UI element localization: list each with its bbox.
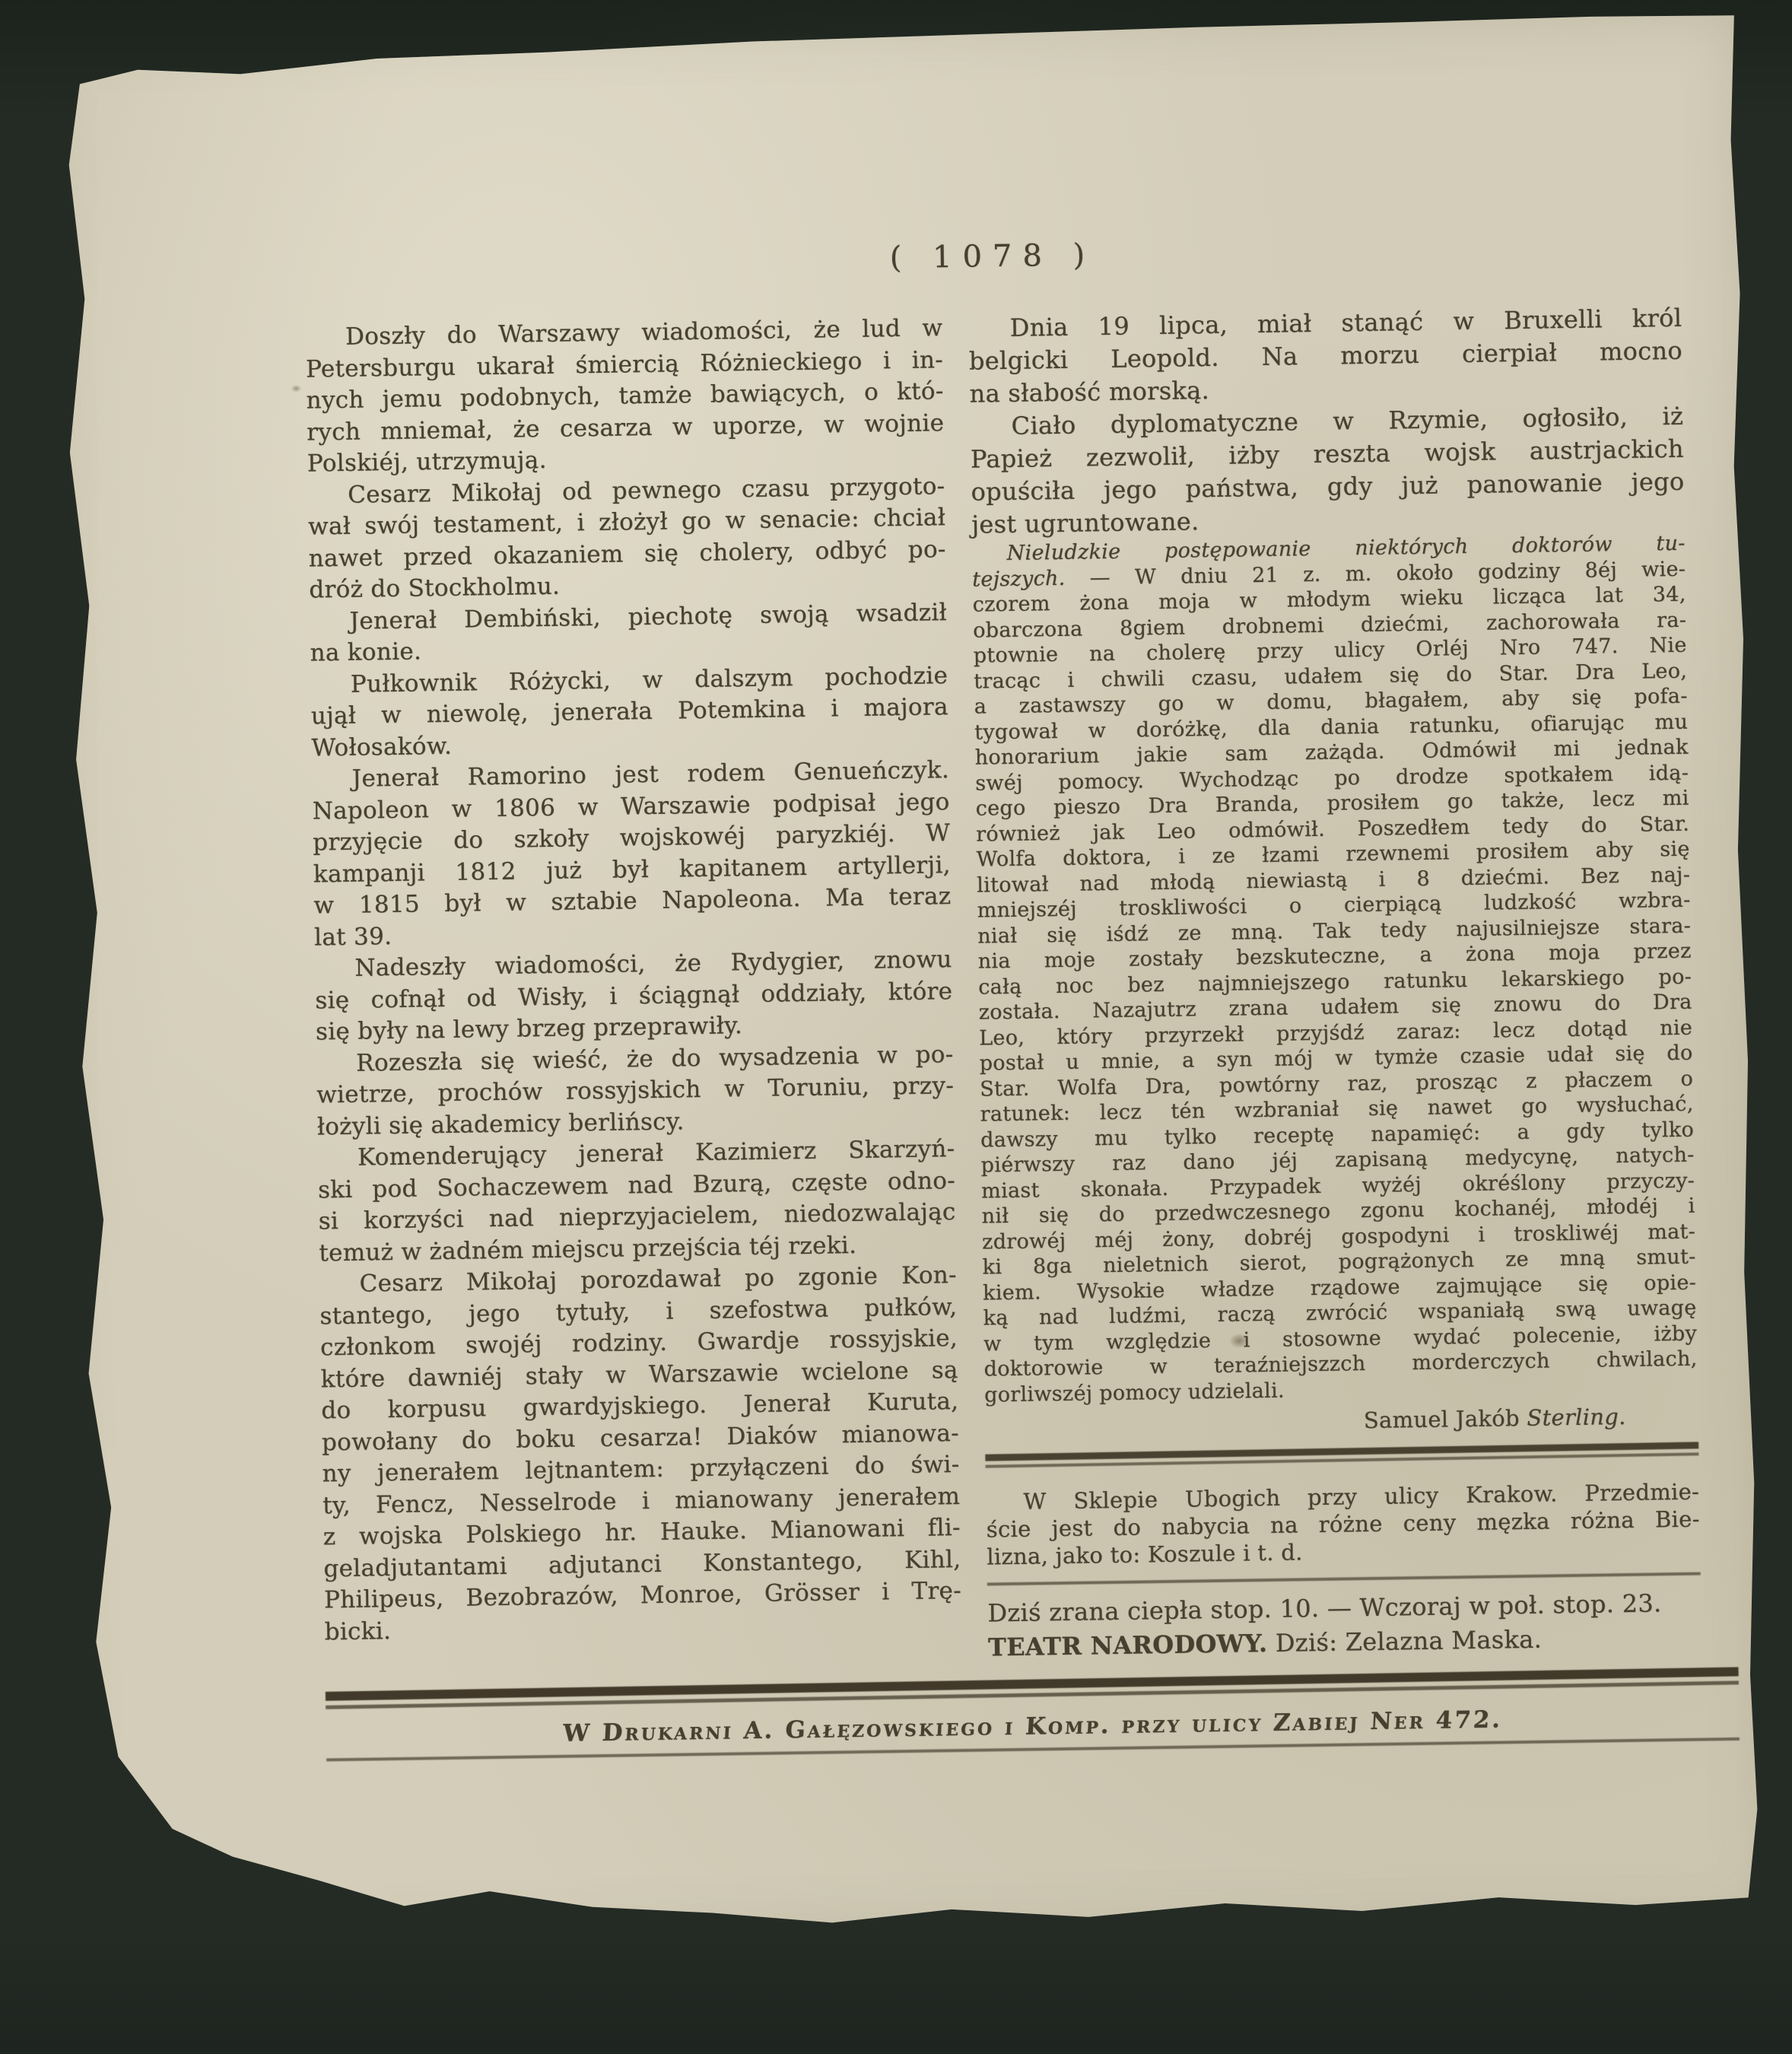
paragraph: Komenderujący jenerał Kazimierz Skarzyń-…	[317, 1134, 956, 1269]
paragraph: Jenerał Ramorino jest rodem Genueńczyk.N…	[312, 755, 952, 953]
paragraph: Pułkownik Różycki, w dalszym pochodzieuj…	[310, 660, 949, 765]
paragraph: Ciało dyplomatyczne w Rzymie, ogłosiło, …	[970, 400, 1685, 542]
paragraph: Cesarz Mikołaj od pewnego czasu przygoto…	[307, 471, 946, 606]
paragraph: Rozeszła się wieść, że do wysadzenia w p…	[316, 1039, 955, 1143]
paragraph: Doszły do Warszawy wiadomości, że lud wP…	[305, 313, 945, 480]
paragraph: Nadeszły wiadomości, że Rydygier, znowus…	[314, 944, 953, 1048]
rule-thin	[987, 1572, 1701, 1585]
paragraph: Samuel Jakób Sterling.	[984, 1402, 1698, 1440]
paper-stain	[291, 385, 301, 393]
photo-of-newspaper-page: { "page": { "header": { "page_number_dis…	[0, 0, 1792, 2054]
paragraph: Cesarz Mikołaj porozdawał po zgonie Kon-…	[319, 1260, 962, 1648]
paragraph: W Sklepie Ubogich przy ulicy Krakow. Prz…	[986, 1478, 1700, 1571]
left-column: Doszły do Warszawy wiadomości, że lud wP…	[305, 313, 962, 1674]
text-line: Samuel Jakób Sterling.	[984, 1403, 1625, 1440]
paragraph: Jenerał Dembiński, piechotę swoją wsadzi…	[310, 597, 948, 669]
paragraph: Dnia 19 lipca, miał stanąć w Bruxelli kr…	[968, 302, 1683, 411]
paragraph: Nieludzkie postępowanie niektórych dokto…	[972, 531, 1698, 1408]
page-number: ( 1078 )	[304, 229, 1681, 285]
page-footer: W Drukarni A. Gałęzowskiego i Komp. przy…	[326, 1669, 1740, 1761]
newspaper-page: ( 1078 ) Doszły do Warszawy wiadomości, …	[34, 5, 1772, 1949]
rule-double-heavy	[985, 1442, 1698, 1472]
right-column: Dnia 19 lipca, miał stanąć w Bruxelli kr…	[968, 302, 1701, 1665]
text-columns: Doszły do Warszawy wiadomości, że lud wP…	[305, 302, 1701, 1674]
